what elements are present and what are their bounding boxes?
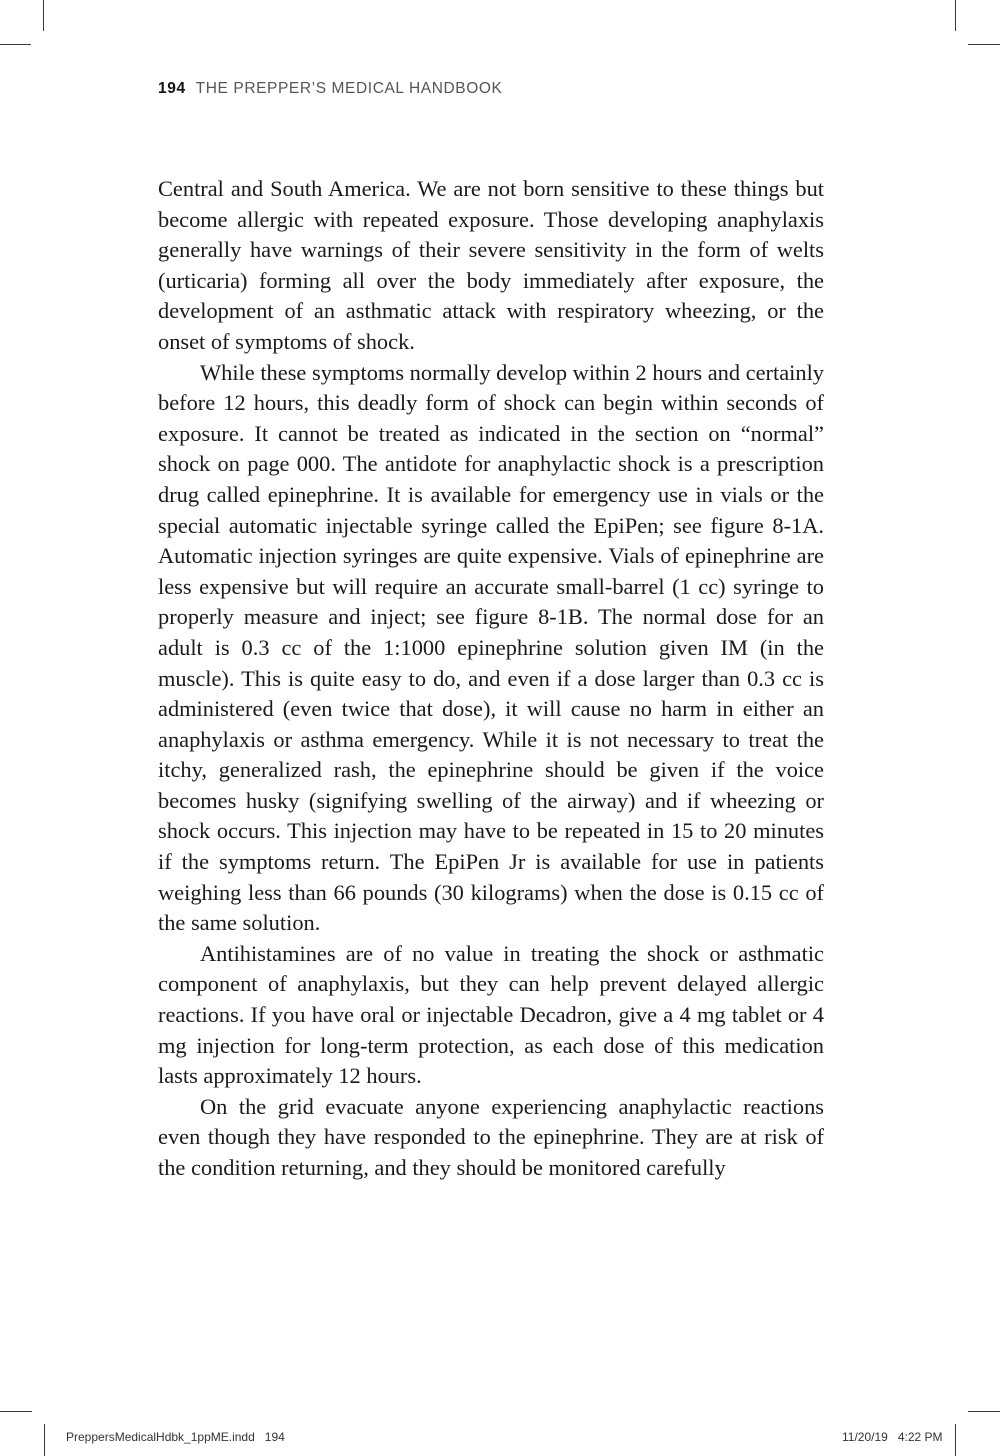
paragraph-2: While these symptoms normally develop wi… — [158, 358, 824, 939]
crop-mark-bottom-right-horizontal — [968, 1411, 1000, 1412]
slug-file-info: PreppersMedicalHdbk_1ppME.indd 194 — [66, 1430, 285, 1444]
crop-mark-bottom-left-vertical — [44, 1424, 45, 1456]
slug-date: 11/20/19 — [842, 1430, 888, 1444]
book-title: THE PREPPER’S MEDICAL HANDBOOK — [196, 80, 503, 97]
crop-mark-top-left-vertical — [43, 0, 44, 31]
running-head: 194THE PREPPER’S MEDICAL HANDBOOK — [158, 80, 503, 98]
slug-time: 4:22 PM — [898, 1430, 943, 1444]
crop-mark-top-right-vertical — [955, 0, 956, 31]
crop-mark-bottom-right-vertical — [955, 1424, 956, 1456]
slug-timestamp: 11/20/19 4:22 PM — [842, 1430, 943, 1444]
paragraph-3: Antihistamines are of no value in treati… — [158, 939, 824, 1092]
crop-mark-top-right-horizontal — [968, 44, 1000, 45]
crop-mark-top-left-horizontal — [0, 44, 31, 45]
body-text: Central and South America. We are not bo… — [158, 174, 824, 1184]
page-number: 194 — [158, 80, 186, 97]
slug-file-name: PreppersMedicalHdbk_1ppME.indd — [66, 1430, 255, 1444]
paragraph-1: Central and South America. We are not bo… — [158, 174, 824, 358]
paragraph-4: On the grid evacuate anyone experiencing… — [158, 1092, 824, 1184]
crop-mark-bottom-left-horizontal — [0, 1411, 32, 1412]
slug-file-page: 194 — [265, 1430, 285, 1444]
